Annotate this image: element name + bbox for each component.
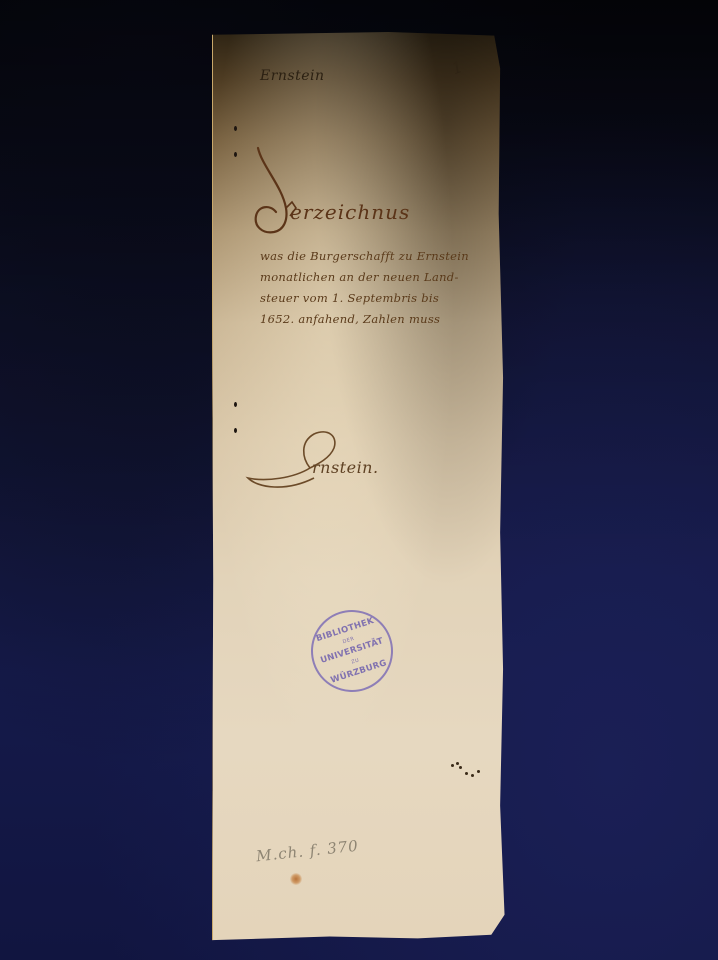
place-name-ernstein: rnstein.: [312, 458, 379, 477]
body-text: was die Burgerschafft zu Ernstein monatl…: [260, 246, 505, 330]
binding-hole: [234, 126, 237, 131]
binding-hole: [234, 402, 237, 407]
body-line: 1652. anfahend, Zahlen muss: [260, 309, 505, 330]
body-line: monatlichen an der neuen Land-: [260, 267, 505, 288]
wormhole-damage: [447, 760, 487, 784]
body-line: was die Burgerschafft zu Ernstein: [260, 246, 505, 267]
stain-spot: [290, 873, 302, 885]
folder-label: Ernstein: [260, 68, 325, 84]
body-line: steuer vom 1. Septembris bis: [260, 288, 505, 309]
document-photo: { "document": { "type": "historical manu…: [0, 0, 718, 960]
binding-hole: [234, 428, 237, 433]
heading-verzeichnus: erzeichnus: [290, 200, 410, 224]
binding-hole: [234, 152, 237, 157]
